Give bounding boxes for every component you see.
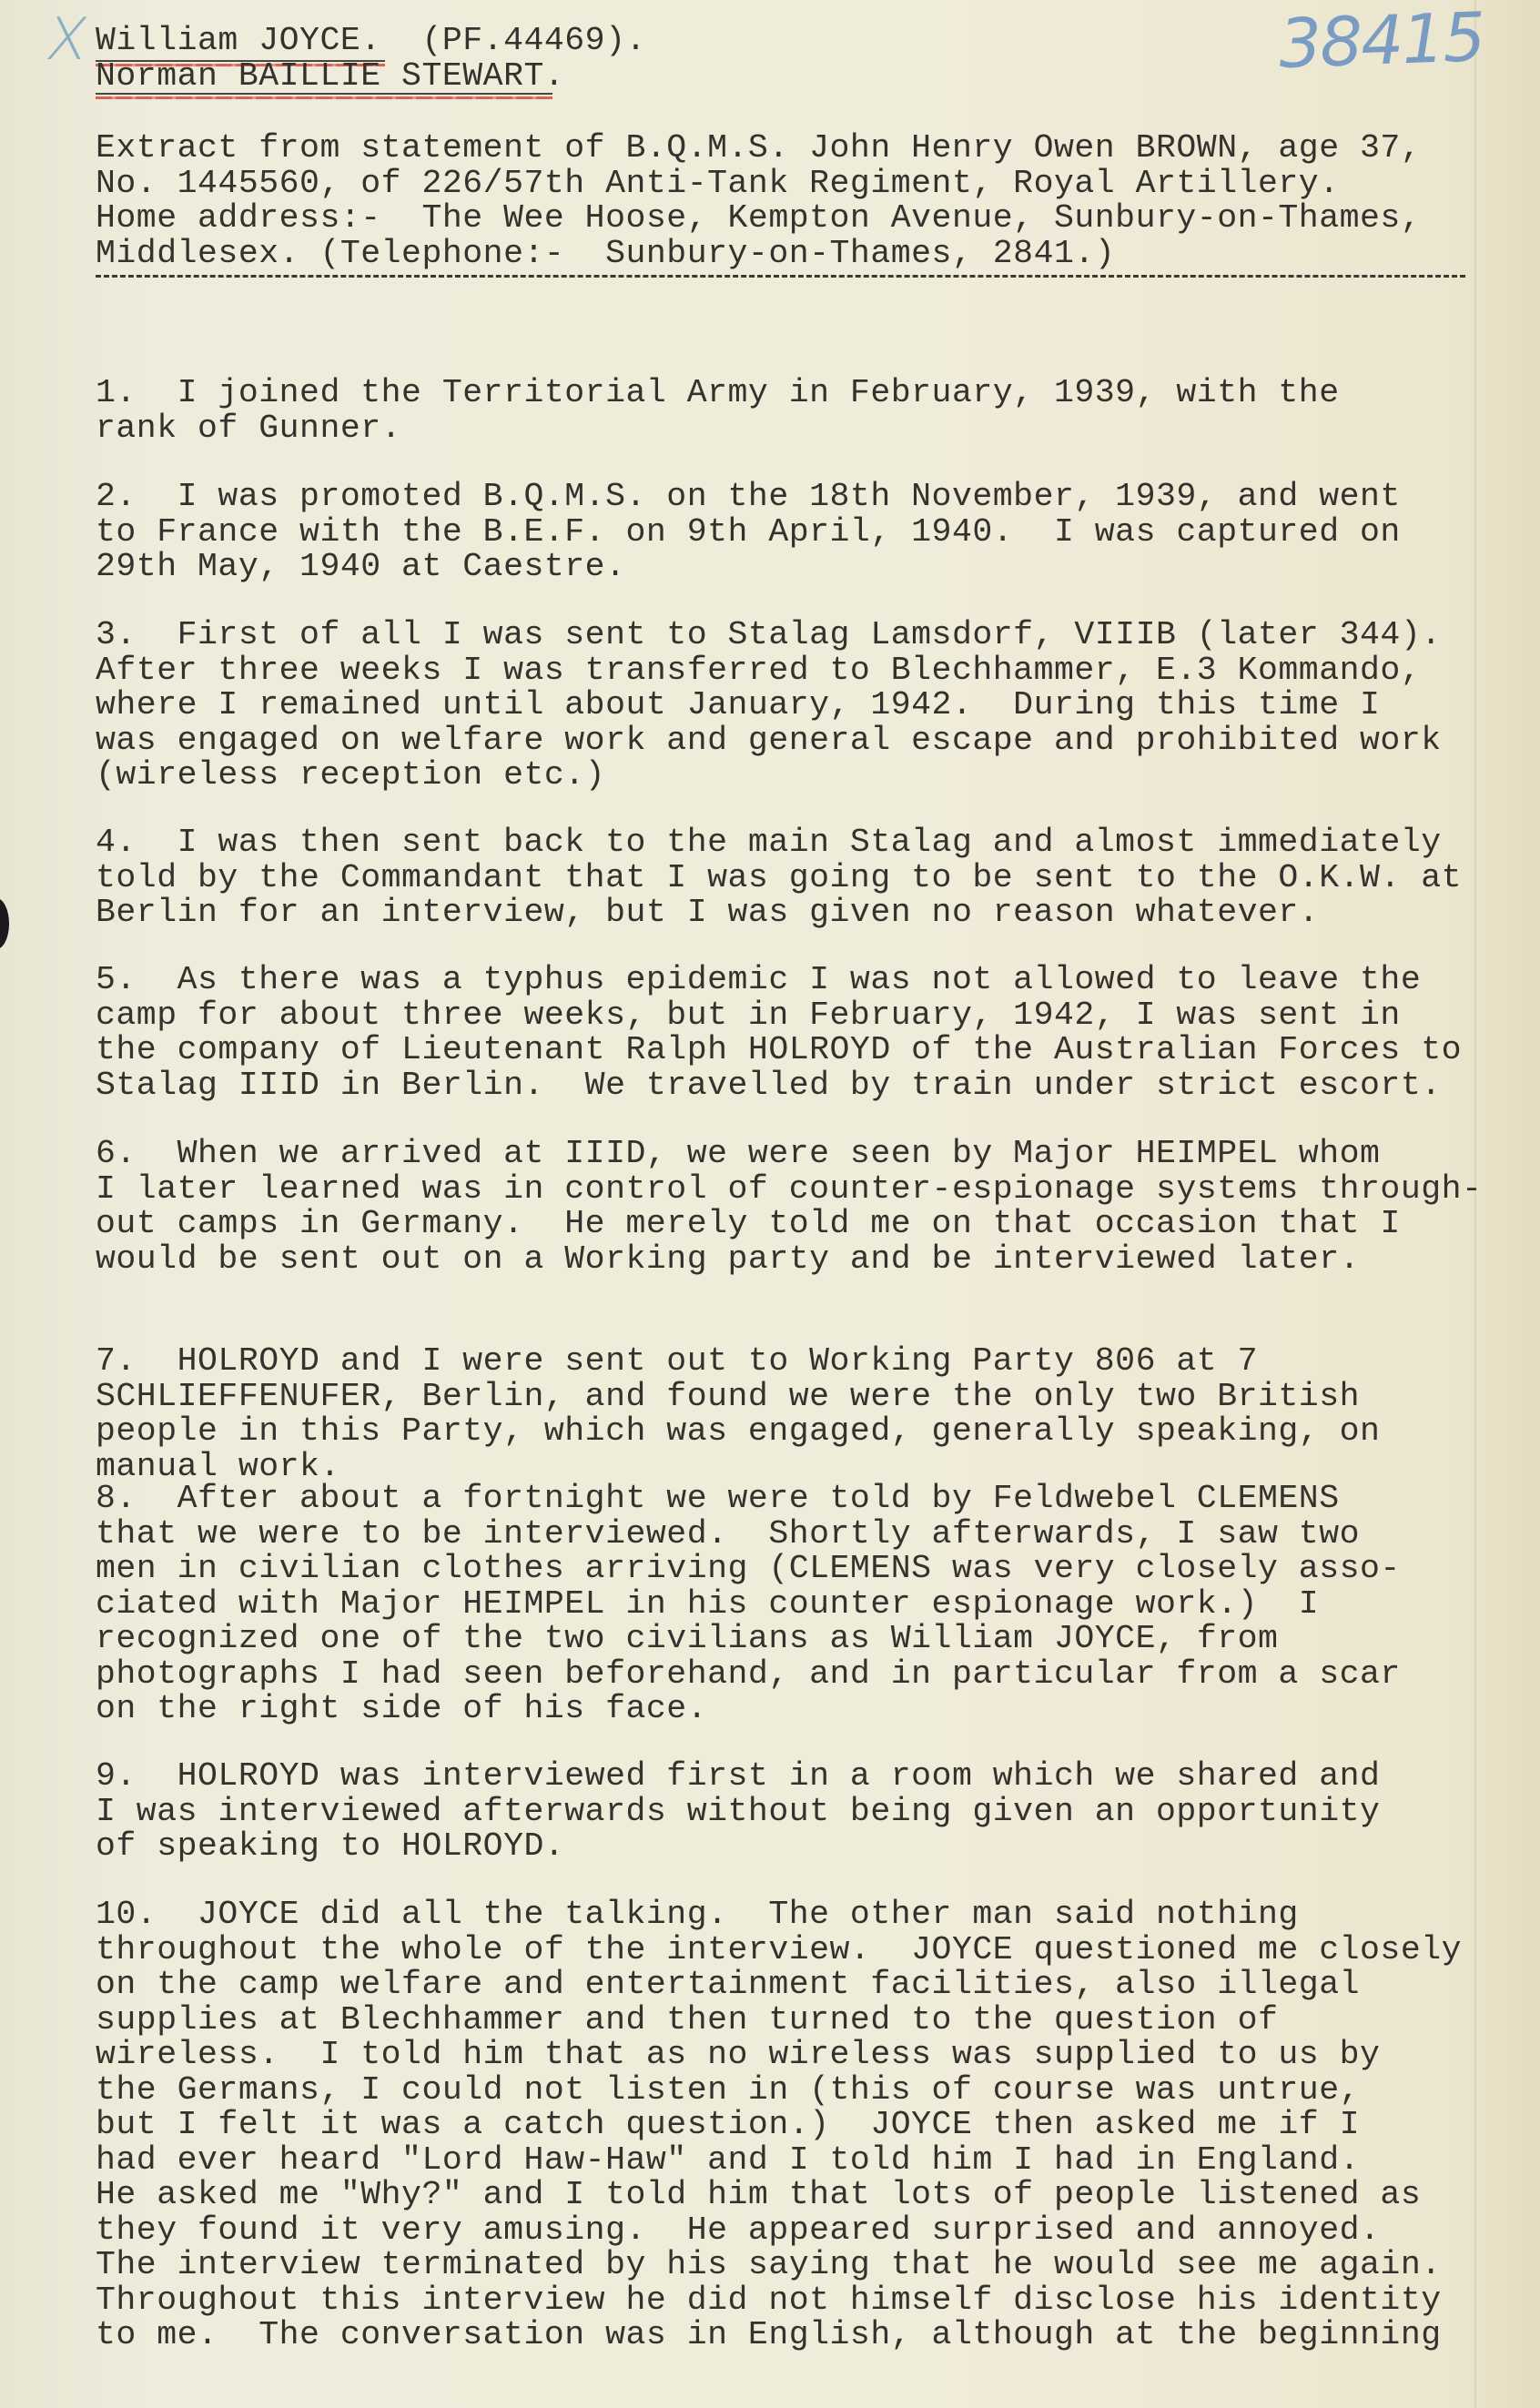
paragraph-5-line: Stalag IIID in Berlin. We travelled by t… <box>96 1068 1442 1103</box>
handwritten-reference-number: 38415 <box>1278 0 1485 84</box>
intro-line: Home address:- The Wee Hoose, Kempton Av… <box>96 201 1421 236</box>
paragraph-10-line: supplies at Blechhammer and then turned … <box>96 2003 1278 2038</box>
paragraph-10-line: but I felt it was a catch question.) JOY… <box>96 2108 1360 2142</box>
paragraph-6-line: out camps in Germany. He merely told me … <box>96 1207 1401 1241</box>
paragraph-8-line: ciated with Major HEIMPEL in his counter… <box>96 1587 1319 1622</box>
paragraph-7-line: manual work. <box>96 1450 340 1484</box>
paragraph-10-line: The interview terminated by his saying t… <box>96 2248 1442 2282</box>
paragraph-3-line: (wireless reception etc.) <box>96 758 605 793</box>
paragraph-8-line: recognized one of the two civilians as W… <box>96 1622 1278 1656</box>
paragraph-10-line: He asked me "Why?" and I told him that l… <box>96 2178 1421 2212</box>
paragraph-7-line: 7. HOLROYD and I were sent out to Workin… <box>96 1344 1258 1379</box>
paragraph-8-line: that we were to be interviewed. Shortly … <box>96 1517 1360 1552</box>
paragraph-4-line: Berlin for an interview, but I was given… <box>96 895 1319 930</box>
paragraph-9-line: 9. HOLROYD was interviewed first in a ro… <box>96 1759 1380 1794</box>
paragraph-9-line: of speaking to HOLROYD. <box>96 1829 564 1864</box>
paragraph-2-line: 2. I was promoted B.Q.M.S. on the 18th N… <box>96 480 1401 514</box>
subject-line-stewart: Norman BAILLIE STEWART. <box>96 59 564 94</box>
dashed-divider <box>96 275 1465 278</box>
paragraph-3-line: was engaged on welfare work and general … <box>96 723 1442 758</box>
paragraph-3-line: 3. First of all I was sent to Stalag Lam… <box>96 618 1442 653</box>
paragraph-10-line: had ever heard "Lord Haw-Haw" and I told… <box>96 2143 1360 2178</box>
paragraph-5-line: the company of Lieutenant Ralph HOLROYD … <box>96 1033 1462 1067</box>
paragraph-10-line: 10. JOYCE did all the talking. The other… <box>96 1897 1299 1932</box>
paragraph-3-line: After three weeks I was transferred to B… <box>96 653 1421 688</box>
paragraph-8-line: on the right side of his face. <box>96 1692 707 1726</box>
paragraph-6-line: I later learned was in control of counte… <box>96 1172 1482 1207</box>
paragraph-3-line: where I remained until about January, 19… <box>96 688 1380 723</box>
paragraph-10-line: on the camp welfare and entertainment fa… <box>96 1968 1360 2002</box>
paragraph-8-line: men in civilian clothes arriving (CLEMEN… <box>96 1552 1401 1586</box>
punch-hole <box>0 898 9 949</box>
margin-x-mark: X <box>42 7 90 73</box>
paragraph-10-line: Throughout this interview he did not him… <box>96 2283 1442 2318</box>
paragraph-10-line: the Germans, I could not listen in (this… <box>96 2073 1360 2108</box>
paragraph-10-line: they found it very amusing. He appeared … <box>96 2213 1380 2248</box>
document-page: X 38415 William JOYCE. (PF.44469). Norma… <box>0 0 1540 2408</box>
intro-line: Extract from statement of B.Q.M.S. John … <box>96 131 1421 166</box>
paragraph-8-line: photographs I had seen beforehand, and i… <box>96 1657 1401 1692</box>
paragraph-8-line: 8. After about a fortnight we were told … <box>96 1482 1340 1516</box>
paragraph-2-line: 29th May, 1940 at Caestre. <box>96 550 626 584</box>
paragraph-5-line: 5. As there was a typhus epidemic I was … <box>96 963 1421 997</box>
paragraph-9-line: I was interviewed afterwards without bei… <box>96 1795 1380 1829</box>
paragraph-10-line: throughout the whole of the interview. J… <box>96 1933 1462 1968</box>
red-underline-2 <box>96 96 552 99</box>
subject-line-joyce: William JOYCE. (PF.44469). <box>96 24 646 58</box>
subject-underline-2 <box>96 93 552 95</box>
paragraph-5-line: camp for about three weeks, but in Febru… <box>96 998 1401 1033</box>
paragraph-6-line: would be sent out on a Working party and… <box>96 1242 1360 1277</box>
paragraph-1-line: rank of Gunner. <box>96 411 401 446</box>
paragraph-4-line: 4. I was then sent back to the main Stal… <box>96 825 1442 860</box>
intro-line: Middlesex. (Telephone:- Sunbury-on-Thame… <box>96 237 1115 271</box>
intro-line: No. 1445560, of 226/57th Anti-Tank Regim… <box>96 167 1340 201</box>
paragraph-10-line: wireless. I told him that as no wireless… <box>96 2038 1380 2072</box>
paragraph-2-line: to France with the B.E.F. on 9th April, … <box>96 515 1401 550</box>
paragraph-10-line: to me. The conversation was in English, … <box>96 2318 1442 2352</box>
paragraph-7-line: people in this Party, which was engaged,… <box>96 1414 1380 1449</box>
paragraph-6-line: 6. When we arrived at IIID, we were seen… <box>96 1137 1380 1171</box>
paragraph-7-line: SCHLIEFFENUFER, Berlin, and found we wer… <box>96 1380 1360 1414</box>
paragraph-4-line: told by the Commandant that I was going … <box>96 861 1462 895</box>
paragraph-1-line: 1. I joined the Territorial Army in Febr… <box>96 376 1340 410</box>
